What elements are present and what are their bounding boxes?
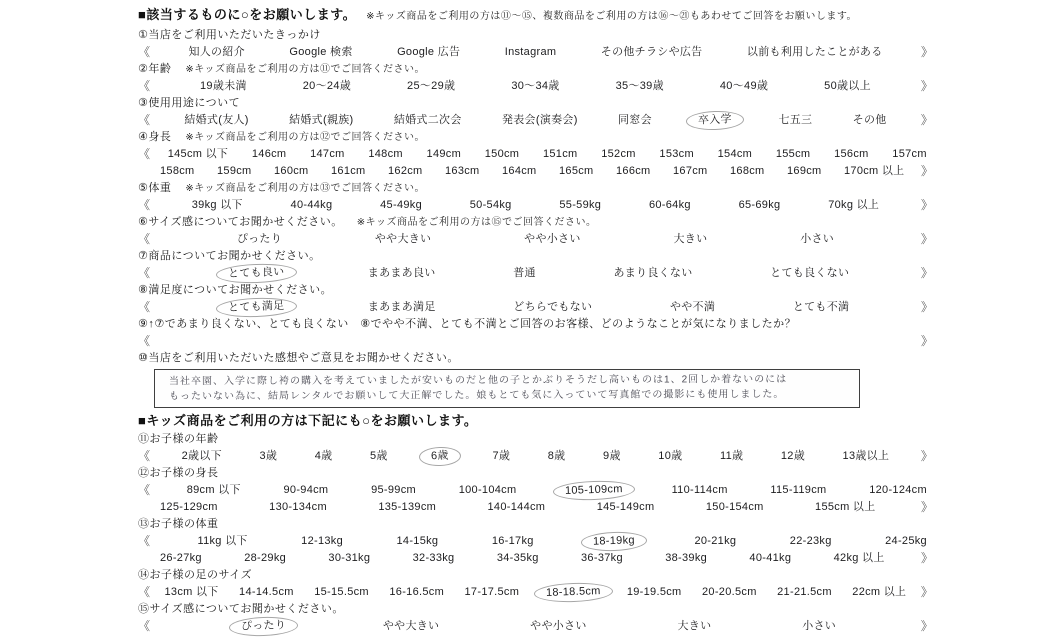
option: やや大きい xyxy=(369,232,438,247)
question-text: ⑥サイズ感についてお聞かせください。 xyxy=(138,216,343,228)
option: 70kg 以上 xyxy=(822,198,885,213)
options-row: 《》 xyxy=(138,333,933,350)
options-row: 《結婚式(友人)結婚式(親族)結婚式二次会発表会(演奏会)同窓会卒入学七五三その… xyxy=(138,112,933,129)
open-bracket: 《 xyxy=(138,113,150,128)
option: とても不満 xyxy=(787,300,856,315)
option: 16-16.5cm xyxy=(383,585,450,600)
option: まあまあ満足 xyxy=(362,300,442,315)
question-label: ⑦商品についてお聞かせください。 xyxy=(138,248,938,265)
options-row: 《89cm 以下90-94cm95-99cm100-104cm105-109cm… xyxy=(138,482,933,499)
option: 170cm 以上 xyxy=(838,164,910,179)
option: 164cm xyxy=(496,164,543,179)
options-row: 《11kg 以下12-13kg14-15kg16-17kg18-19kg20-2… xyxy=(138,533,933,550)
question-label: ⑫お子様の身長 xyxy=(138,465,938,482)
option: 結婚式二次会 xyxy=(388,113,468,128)
section-title: ■キッズ商品をご利用の方は下記にも○をお願いします。 xyxy=(138,413,477,428)
option: 150cm xyxy=(479,147,526,162)
option: 40～49歳 xyxy=(714,79,774,94)
option: あまり良くない xyxy=(607,266,698,281)
option: 152cm xyxy=(595,147,642,162)
option: 4歳 xyxy=(309,449,339,464)
question-label: ⑧満足度についてお聞かせください。 xyxy=(138,282,938,299)
option: 55-59kg xyxy=(553,198,607,213)
option: 20-20.5cm xyxy=(696,585,763,600)
close-bracket: 》 xyxy=(921,79,933,94)
option: 12歳 xyxy=(775,449,811,464)
option: まあまあ良い xyxy=(362,266,442,281)
option: 15-15.5cm xyxy=(308,585,375,600)
open-bracket: 《 xyxy=(138,232,150,247)
option: 小さい xyxy=(794,232,840,247)
question-note: ※キッズ商品をご利用の方は⑫でご回答ください。 xyxy=(185,132,425,143)
handwritten-comment-line: もったいない為に、結局レンタルでお願いして大正解でした。娘もとても気に入っていて… xyxy=(169,387,849,404)
option: 大きい xyxy=(671,619,717,634)
option: 七五三 xyxy=(772,113,818,128)
option: 115-119cm xyxy=(764,483,832,498)
option: 38-39kg xyxy=(659,551,713,566)
open-bracket: 《 xyxy=(138,619,150,634)
option: 148cm xyxy=(362,147,409,162)
options-row: 158cm159cm160cm161cm162cm163cm164cm165cm… xyxy=(138,163,933,180)
option: 146cm xyxy=(246,147,293,162)
option: 95-99cm xyxy=(365,483,422,498)
form-section: ■キッズ商品をご利用の方は下記にも○をお願いします。⑪お子様の年齢《2歳以下3歳… xyxy=(138,411,938,635)
option: 161cm xyxy=(325,164,372,179)
option: 145cm 以下 xyxy=(162,147,234,162)
question-label: ⑥サイズ感についてお聞かせください。※キッズ商品をご利用の方は⑮でご回答ください… xyxy=(138,214,938,231)
option: 22-23kg xyxy=(784,534,838,549)
option: その他 xyxy=(847,113,893,128)
question-text: ⑨↑⑦であまり良くない、とても良くない ⑧でやや不満、とても不満とご回答のお客様… xyxy=(138,318,796,330)
open-bracket: 《 xyxy=(138,483,150,498)
option: 10歳 xyxy=(652,449,688,464)
question-note: ※キッズ商品をご利用の方は⑬でご回答ください。 xyxy=(185,183,425,194)
options-row: 《とても良いまあまあ良い普通あまり良くないとても良くない》 xyxy=(138,265,933,282)
open-bracket: 《 xyxy=(138,45,150,60)
close-bracket: 》 xyxy=(921,619,933,634)
section-header: ■キッズ商品をご利用の方は下記にも○をお願いします。 xyxy=(138,411,938,431)
question-text: ⑬お子様の体重 xyxy=(138,518,219,530)
option: 60-64kg xyxy=(643,198,697,213)
option: 24-25kg xyxy=(879,534,933,549)
option-circled: 18-19kg xyxy=(581,531,647,552)
question-text: ⑦商品についてお聞かせください。 xyxy=(138,250,321,262)
option: やや不満 xyxy=(664,300,721,315)
option: 普通 xyxy=(507,266,542,281)
option: 153cm xyxy=(653,147,700,162)
close-bracket: 》 xyxy=(921,551,933,566)
section-note: ※キッズ商品をご利用の方は⑪～⑮、複数商品をご利用の方は⑯～㉑もあわせてご回答を… xyxy=(366,11,857,22)
question-label: ③使用用途について xyxy=(138,95,938,112)
survey-form: ■該当するものに○をお願いします。※キッズ商品をご利用の方は⑪～⑮、複数商品をご… xyxy=(138,5,938,635)
close-bracket: 》 xyxy=(921,300,933,315)
option: Google 広告 xyxy=(391,45,466,60)
question-text: ⑭お子様の足のサイズ xyxy=(138,569,252,581)
option: どちらでもない xyxy=(507,300,598,315)
open-bracket: 《 xyxy=(138,585,150,600)
option: 145-149cm xyxy=(591,500,661,515)
option: 90-94cm xyxy=(277,483,334,498)
option: 125-129cm xyxy=(154,500,224,515)
option: 65-69kg xyxy=(733,198,787,213)
question-text: ⑤体重 xyxy=(138,182,171,194)
question-label: ⑬お子様の体重 xyxy=(138,516,938,533)
option: 19-19.5cm xyxy=(621,585,688,600)
open-bracket: 《 xyxy=(138,147,150,162)
option: 20～24歳 xyxy=(297,79,357,94)
question-label: ⑭お子様の足のサイズ xyxy=(138,567,938,584)
open-bracket: 《 xyxy=(138,266,150,281)
option: 結婚式(親族) xyxy=(283,113,359,128)
option: やや大きい xyxy=(377,619,446,634)
option: 以前も利用したことがある xyxy=(741,45,889,60)
options-row: 《2歳以下3歳4歳5歳6歳7歳8歳9歳10歳11歳12歳13歳以上》 xyxy=(138,448,933,465)
option: 150-154cm xyxy=(700,500,770,515)
option: 同窓会 xyxy=(612,113,658,128)
option: 14-15kg xyxy=(390,534,444,549)
open-bracket: 《 xyxy=(138,534,150,549)
option: Google 検索 xyxy=(283,45,358,60)
question-note: ※キッズ商品をご利用の方は⑮でご回答ください。 xyxy=(357,217,597,228)
option: 130-134cm xyxy=(263,500,333,515)
question-note: ※キッズ商品をご利用の方は⑪でご回答ください。 xyxy=(185,64,425,75)
option: 16-17kg xyxy=(486,534,540,549)
question-label: ⑨↑⑦であまり良くない、とても良くない ⑧でやや不満、とても不満とご回答のお客様… xyxy=(138,316,938,333)
option: 156cm xyxy=(828,147,875,162)
option: 34-35kg xyxy=(491,551,545,566)
open-bracket: 《 xyxy=(138,300,150,315)
close-bracket: 》 xyxy=(921,449,933,464)
option: 140-144cm xyxy=(482,500,552,515)
option: 32-33kg xyxy=(407,551,461,566)
form-section: ■該当するものに○をお願いします。※キッズ商品をご利用の方は⑪～⑮、複数商品をご… xyxy=(138,5,938,408)
question-text: ④身長 xyxy=(138,131,171,143)
option: 42kg 以上 xyxy=(828,551,891,566)
options-row: 《ぴったりやや大きいやや小さい大きい小さい》 xyxy=(138,618,933,635)
option: 149cm xyxy=(421,147,468,162)
options-row: 《とても満足まあまあ満足どちらでもないやや不満とても不満》 xyxy=(138,299,933,316)
options-row: 26-27kg28-29kg30-31kg32-33kg34-35kg36-37… xyxy=(138,550,933,567)
option: 147cm xyxy=(304,147,351,162)
option: 12-13kg xyxy=(295,534,349,549)
option: 25～29歳 xyxy=(401,79,461,94)
option: とても良くない xyxy=(764,266,855,281)
options-row: 《145cm 以下146cm147cm148cm149cm150cm151cm1… xyxy=(138,146,933,163)
question-text: ①当店をご利用いただいたきっかけ xyxy=(138,29,321,41)
option: 35～39歳 xyxy=(610,79,670,94)
options-row: 《知人の紹介Google 検索Google 広告Instagramその他チラシや… xyxy=(138,44,933,61)
comment-box: 当社卒園、入学に際し袴の購入を考えていましたが安いものだと他の子とかぶりそうだし… xyxy=(154,369,860,408)
option: ぴったり xyxy=(231,232,288,247)
options-row: 《13cm 以下14-14.5cm15-15.5cm16-16.5cm17-17… xyxy=(138,584,933,601)
open-bracket: 《 xyxy=(138,198,150,213)
option: 169cm xyxy=(781,164,828,179)
option: 158cm xyxy=(154,164,201,179)
option: 110-114cm xyxy=(666,483,734,498)
option: 26-27kg xyxy=(154,551,208,566)
question-label: ⑮サイズ感についてお聞かせください。 xyxy=(138,601,938,618)
option-circled: 卒入学 xyxy=(686,110,745,131)
option: 13cm 以下 xyxy=(159,585,225,600)
option: 28-29kg xyxy=(238,551,292,566)
option: 7歳 xyxy=(487,449,517,464)
option: 50-54kg xyxy=(464,198,518,213)
close-bracket: 》 xyxy=(921,585,933,600)
option: 3歳 xyxy=(253,449,283,464)
option: 155cm 以上 xyxy=(809,500,881,515)
question-label: ⑩当店をご利用いただいた感想やご意見をお聞かせください。 xyxy=(138,350,938,367)
close-bracket: 》 xyxy=(921,500,933,515)
open-bracket: 《 xyxy=(138,79,150,94)
option: 100-104cm xyxy=(453,483,523,498)
option: 11kg 以下 xyxy=(191,534,253,549)
option: 14-14.5cm xyxy=(233,585,300,600)
question-label: ②年齢※キッズ商品をご利用の方は⑪でご回答ください。 xyxy=(138,61,938,78)
close-bracket: 》 xyxy=(921,164,933,179)
option: 154cm xyxy=(712,147,759,162)
option: 40-44kg xyxy=(285,198,339,213)
option: その他チラシや広告 xyxy=(595,45,709,60)
close-bracket: 》 xyxy=(921,45,933,60)
question-label: ⑤体重※キッズ商品をご利用の方は⑬でご回答ください。 xyxy=(138,180,938,197)
option: 157cm xyxy=(886,147,933,162)
survey-page: ■該当するものに○をお願いします。※キッズ商品をご利用の方は⑪～⑮、複数商品をご… xyxy=(0,0,938,635)
option: 166cm xyxy=(610,164,657,179)
option: 160cm xyxy=(268,164,315,179)
option: 2歳以下 xyxy=(176,449,228,464)
option: 9歳 xyxy=(597,449,627,464)
option-circled: 6歳 xyxy=(419,446,461,466)
option: 小さい xyxy=(796,619,842,634)
option: 135-139cm xyxy=(372,500,442,515)
option: 19歳未満 xyxy=(194,79,253,94)
section-header: ■該当するものに○をお願いします。※キッズ商品をご利用の方は⑪～⑮、複数商品をご… xyxy=(138,5,938,27)
option: やや小さい xyxy=(518,232,587,247)
option: 45-49kg xyxy=(374,198,428,213)
option: 結婚式(友人) xyxy=(178,113,254,128)
question-text: ⑧満足度についてお聞かせください。 xyxy=(138,284,332,296)
option: 21-21.5cm xyxy=(771,585,838,600)
option: 17-17.5cm xyxy=(459,585,526,600)
option: 知人の紹介 xyxy=(182,45,251,60)
option: 151cm xyxy=(537,147,584,162)
option: 155cm xyxy=(770,147,817,162)
option: 36-37kg xyxy=(575,551,629,566)
question-text: ⑩当店をご利用いただいた感想やご意見をお聞かせください。 xyxy=(138,352,459,364)
option: 8歳 xyxy=(542,449,572,464)
option: 30～34歳 xyxy=(505,79,565,94)
option: 30-31kg xyxy=(322,551,376,566)
close-bracket: 》 xyxy=(921,334,933,349)
option: 22cm 以上 xyxy=(846,585,912,600)
option: 発表会(演奏会) xyxy=(496,113,584,128)
section-title: ■該当するものに○をお願いします。 xyxy=(138,7,356,22)
option: やや小さい xyxy=(524,619,593,634)
option: 162cm xyxy=(382,164,429,179)
open-bracket: 《 xyxy=(138,334,150,349)
option: 163cm xyxy=(439,164,486,179)
option: 20-21kg xyxy=(688,534,742,549)
question-text: ②年齢 xyxy=(138,63,171,75)
close-bracket: 》 xyxy=(921,266,933,281)
options-row: 《19歳未満20～24歳25～29歳30～34歳35～39歳40～49歳50歳以… xyxy=(138,78,933,95)
option: 50歳以上 xyxy=(818,79,877,94)
close-bracket: 》 xyxy=(921,232,933,247)
close-bracket: 》 xyxy=(921,198,933,213)
option: 13歳以上 xyxy=(837,449,896,464)
options-row: 《ぴったりやや大きいやや小さい大きい小さい》 xyxy=(138,231,933,248)
options-row: 《39kg 以下40-44kg45-49kg50-54kg55-59kg60-6… xyxy=(138,197,933,214)
option-circled: ぴったり xyxy=(229,616,299,637)
option: 165cm xyxy=(553,164,600,179)
question-label: ①当店をご利用いただいたきっかけ xyxy=(138,27,938,44)
close-bracket: 》 xyxy=(921,113,933,128)
option: 5歳 xyxy=(364,449,394,464)
open-bracket: 《 xyxy=(138,449,150,464)
question-text: ③使用用途について xyxy=(138,97,240,109)
option: 120-124cm xyxy=(863,483,933,498)
option: 大きい xyxy=(667,232,713,247)
question-text: ⑫お子様の身長 xyxy=(138,467,219,479)
option: 159cm xyxy=(211,164,258,179)
question-text: ⑪お子様の年齢 xyxy=(138,433,219,445)
option: 39kg 以下 xyxy=(186,198,249,213)
option: 89cm 以下 xyxy=(181,483,247,498)
option: 168cm xyxy=(724,164,771,179)
option: 40-41kg xyxy=(743,551,797,566)
question-label: ④身長※キッズ商品をご利用の方は⑫でご回答ください。 xyxy=(138,129,938,146)
option: 167cm xyxy=(667,164,714,179)
question-text: ⑮サイズ感についてお聞かせください。 xyxy=(138,603,344,615)
option: Instagram xyxy=(499,45,563,60)
option: 11歳 xyxy=(714,449,749,464)
question-label: ⑪お子様の年齢 xyxy=(138,431,938,448)
options-row: 125-129cm130-134cm135-139cm140-144cm145-… xyxy=(138,499,933,516)
